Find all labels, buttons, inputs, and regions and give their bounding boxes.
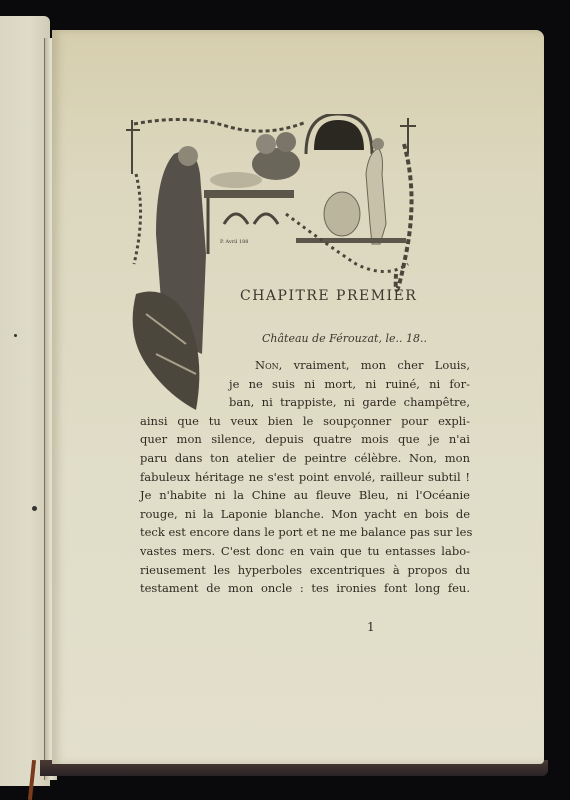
chapter-body-text: Non, vraiment, mon cher Louis, je ne sui… bbox=[140, 356, 470, 598]
ink-spot bbox=[14, 334, 17, 337]
text-line: ban, ni trappiste, ni garde champêtre, bbox=[229, 393, 470, 412]
text-line: testament de mon oncle : tes ironies fon… bbox=[140, 579, 470, 598]
text-line: je ne suis ni mort, ni ruiné, ni for- bbox=[229, 375, 470, 394]
text-line: teck est encore dans le port et ne me ba… bbox=[140, 523, 470, 542]
text-line: ainsi que tu veux bien le soupçonner pou… bbox=[140, 412, 470, 431]
chapter-dateline: Château de Férouzat, le.. 18.. bbox=[262, 332, 427, 345]
text-line: rieusement les hyperboles excentriques à… bbox=[140, 561, 470, 580]
text-line: paru dans ton atelier de peintre célèbre… bbox=[140, 449, 470, 468]
text-line: Non, vraiment, mon cher Louis, bbox=[255, 356, 470, 375]
text-line: Je n'habite ni la Chine au fleuve Bleu, … bbox=[140, 486, 470, 505]
text-line: fabuleux héritage ne s'est point envolé,… bbox=[140, 468, 470, 487]
text-line: rouge, ni la Laponie blanche. Mon yacht … bbox=[140, 505, 470, 524]
page-number: 1 bbox=[367, 620, 375, 634]
opening-word: Non bbox=[255, 358, 279, 372]
illustration-signature: P. Avril 188 bbox=[220, 239, 248, 245]
ink-spot bbox=[32, 506, 37, 511]
left-page bbox=[0, 16, 50, 786]
text-line: quer mon silence, depuis quatre mois que… bbox=[140, 430, 470, 449]
book-page: P. Avril 188 CHAPITRE PREMIER Château de… bbox=[52, 30, 544, 764]
text-line: vastes mers. C'est donc en vain que tu e… bbox=[140, 542, 470, 561]
chapter-title: CHAPITRE PREMIER bbox=[240, 288, 417, 304]
